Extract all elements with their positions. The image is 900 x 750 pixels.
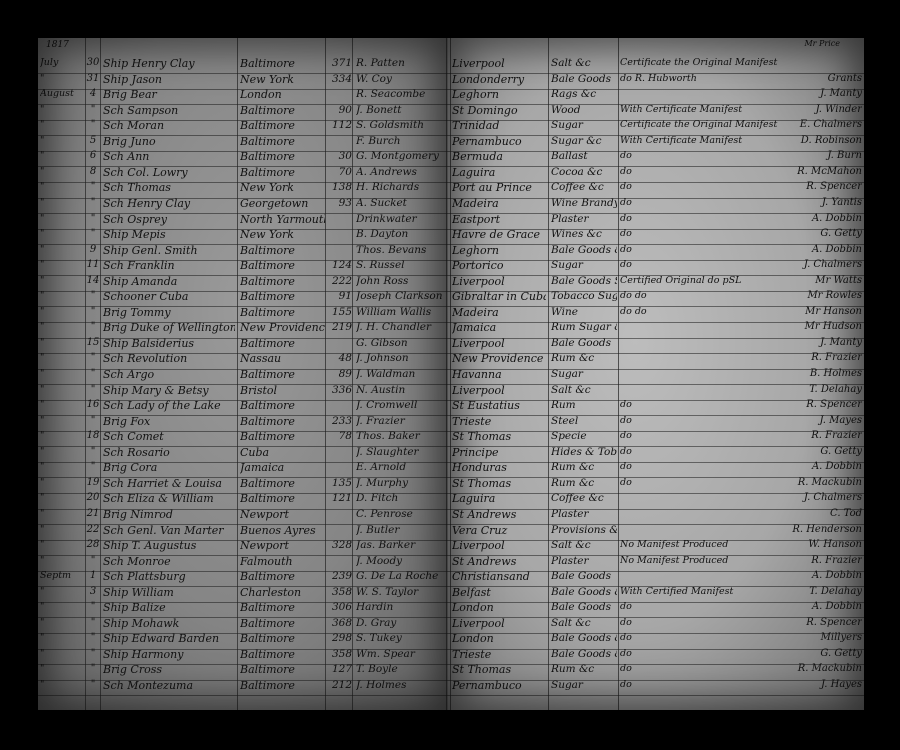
day-cell: 31 (86, 73, 100, 84)
cargo-cell: Rum (551, 399, 617, 411)
origin-port-cell: Madeira (452, 197, 546, 210)
month-cell: " (40, 368, 84, 379)
tonnage-cell: 90 (328, 104, 352, 116)
tonnage-cell: 93 (328, 197, 352, 209)
home-port-cell: Baltimore (240, 492, 325, 505)
origin-port-cell: Pernambuco (452, 135, 546, 148)
origin-port-cell: St Thomas (452, 477, 546, 490)
vessel-cell: Brig Duke of Wellington (103, 321, 235, 334)
month-cell: " (40, 632, 84, 643)
consignee-cell: G. Getty (778, 228, 862, 239)
remarks-cell: do (620, 399, 790, 410)
cargo-cell: Salt &c (551, 57, 617, 69)
cargo-cell: Sugar &c (551, 135, 617, 147)
home-port-cell: Buenos Ayres (240, 524, 325, 537)
tonnage-cell: 89 (328, 368, 352, 380)
tonnage-cell: 127 (328, 663, 352, 675)
day-cell: " (86, 446, 100, 457)
month-cell: " (40, 150, 84, 161)
cargo-cell: Provisions &c (551, 524, 617, 536)
vessel-cell: Ship Mary & Betsy (103, 384, 235, 397)
vessel-cell: Sch Harriet & Louisa (103, 477, 235, 490)
cargo-cell: Bale Goods &c (551, 586, 617, 598)
origin-port-cell: London (452, 601, 546, 614)
tonnage-cell: 121 (328, 492, 352, 504)
consignee-cell: R. McMahon (778, 166, 862, 177)
consignee-cell: G. Getty (778, 446, 862, 457)
tonnage-cell: 219 (328, 321, 352, 333)
home-port-cell: Jamaica (240, 461, 325, 474)
origin-port-cell: Havanna (452, 368, 546, 381)
remarks-cell: do do (620, 306, 790, 317)
home-port-cell: Baltimore (240, 679, 325, 692)
year-mark: 1817 (46, 40, 69, 50)
day-cell: 19 (86, 477, 100, 488)
home-port-cell: Baltimore (240, 119, 325, 132)
tonnage-cell: 306 (328, 601, 352, 613)
cargo-cell: Tobacco Sugar &c (551, 290, 617, 302)
consignee-cell: J. Chalmers (778, 492, 862, 503)
remarks-cell: Certified Original do pSL (620, 275, 790, 286)
home-port-cell: Nassau (240, 352, 325, 365)
vessel-cell: Sch Thomas (103, 181, 235, 194)
home-port-cell: Baltimore (240, 430, 325, 443)
origin-port-cell: New Providence (452, 352, 546, 365)
master-cell: H. Richards (356, 181, 446, 193)
day-cell: 20 (86, 492, 100, 503)
day-cell: 4 (86, 88, 100, 99)
vessel-cell: Sch Eliza & William (103, 492, 235, 505)
master-cell: S. Russel (356, 259, 446, 271)
remarks-cell: do (620, 648, 790, 659)
vessel-cell: Ship William (103, 586, 235, 599)
tonnage-cell: 336 (328, 384, 352, 396)
vessel-cell: Sch Ann (103, 150, 235, 163)
vessel-cell: Brig Juno (103, 135, 235, 148)
consignee-cell: C. Tod (778, 508, 862, 519)
consignee-cell: E. Chalmers (778, 119, 862, 130)
home-port-cell: Baltimore (240, 663, 325, 676)
day-cell: 8 (86, 166, 100, 177)
month-cell: " (40, 197, 84, 208)
consignee-cell: A. Dobbin (778, 213, 862, 224)
tonnage-cell: 328 (328, 539, 352, 551)
month-cell: " (40, 492, 84, 503)
vessel-cell: Sch Moran (103, 119, 235, 132)
master-cell: J. Bonett (356, 104, 446, 116)
master-cell: Drinkwater (356, 213, 446, 225)
tonnage-cell: 358 (328, 586, 352, 598)
remarks-cell: do do (620, 290, 790, 301)
month-cell: " (40, 352, 84, 363)
master-cell: Hardin (356, 601, 446, 613)
vessel-cell: Brig Bear (103, 88, 235, 101)
month-cell: " (40, 555, 84, 566)
consignee-cell: J. Winder (778, 104, 862, 115)
cargo-cell: Hides & Tobo (551, 446, 617, 458)
day-cell: 28 (86, 539, 100, 550)
home-port-cell: London (240, 88, 325, 101)
master-cell: F. Burch (356, 135, 446, 147)
master-cell: William Wallis (356, 306, 446, 318)
month-cell: " (40, 384, 84, 395)
home-port-cell: Baltimore (240, 135, 325, 148)
cargo-cell: Coffee &c (551, 492, 617, 504)
month-cell: " (40, 181, 84, 192)
tonnage-cell: 334 (328, 73, 352, 85)
day-cell: 15 (86, 337, 100, 348)
remarks-cell: do (620, 166, 790, 177)
cargo-cell: Salt &c (551, 617, 617, 629)
remarks-cell: do (620, 244, 790, 255)
month-cell: " (40, 648, 84, 659)
consignee-cell: J. Manty (778, 88, 862, 99)
master-cell: D. Gray (356, 617, 446, 629)
master-cell: S. Goldsmith (356, 119, 446, 131)
consignee-cell: G. Getty (778, 648, 862, 659)
consignee-cell: J. Hayes (778, 679, 862, 690)
home-port-cell: New York (240, 228, 325, 241)
remarks-cell: With Certified Manifest (620, 586, 790, 597)
home-port-cell: Baltimore (240, 337, 325, 350)
remarks-cell: do (620, 228, 790, 239)
cargo-cell: Sugar (551, 368, 617, 380)
cargo-cell: Sugar (551, 259, 617, 271)
remarks-cell: Certificate the Original Manifest (620, 57, 790, 68)
day-cell: " (86, 384, 100, 395)
cargo-cell: Salt &c (551, 539, 617, 551)
remarks-cell: do (620, 663, 790, 674)
origin-port-cell: Jamaica (452, 321, 546, 334)
master-cell: B. Dayton (356, 228, 446, 240)
day-cell: 14 (86, 275, 100, 286)
day-cell: " (86, 555, 100, 566)
consignee-cell: R. Frazier (778, 430, 862, 441)
cargo-cell: Bale Goods (551, 337, 617, 349)
cargo-cell: Specie (551, 430, 617, 442)
vessel-cell: Ship Balize (103, 601, 235, 614)
remarks-cell: do (620, 181, 790, 192)
origin-port-cell: Vera Cruz (452, 524, 546, 537)
origin-port-cell: London (452, 632, 546, 645)
master-cell: Jas. Barker (356, 539, 446, 551)
home-port-cell: Baltimore (240, 166, 325, 179)
home-port-cell: Baltimore (240, 259, 325, 272)
month-cell: " (40, 446, 84, 457)
master-cell: J. Holmes (356, 679, 446, 691)
month-cell: " (40, 228, 84, 239)
consignee-cell: J. Manty (778, 337, 862, 348)
consignee-cell: Mr Hanson (778, 306, 862, 317)
master-cell: Joseph Clarkson (356, 290, 446, 302)
vessel-cell: Ship Balsiderius (103, 337, 235, 350)
remarks-cell: Certificate the Original Manifest (620, 119, 790, 130)
origin-port-cell: Liverpool (452, 384, 546, 397)
day-cell: " (86, 119, 100, 130)
vessel-cell: Ship Mepis (103, 228, 235, 241)
tonnage-cell: 138 (328, 181, 352, 193)
month-cell: " (40, 461, 84, 472)
master-cell: Thos. Baker (356, 430, 446, 442)
cargo-cell: Bale Goods &c (551, 648, 617, 660)
day-cell: " (86, 228, 100, 239)
consignee-cell: J. Chalmers (778, 259, 862, 270)
month-cell: " (40, 321, 84, 332)
master-cell: J. Johnson (356, 352, 446, 364)
cargo-cell: Rum Sugar &c (551, 321, 617, 333)
master-cell: J. Waldman (356, 368, 446, 380)
ledger-left-page: 1817 July30Ship Henry ClayBaltimore371R.… (38, 38, 448, 710)
month-cell: " (40, 508, 84, 519)
day-cell: " (86, 306, 100, 317)
home-port-cell: Baltimore (240, 306, 325, 319)
month-cell: " (40, 430, 84, 441)
month-cell: Septm (40, 570, 84, 581)
day-cell: " (86, 601, 100, 612)
master-cell: E. Arnold (356, 461, 446, 473)
origin-port-cell: Leghorn (452, 88, 546, 101)
day-cell: " (86, 213, 100, 224)
day-cell: 9 (86, 244, 100, 255)
master-cell: J. Murphy (356, 477, 446, 489)
vessel-cell: Sch Henry Clay (103, 197, 235, 210)
vessel-cell: Sch Monroe (103, 555, 235, 568)
day-cell: " (86, 663, 100, 674)
cargo-cell: Wines &c (551, 228, 617, 240)
day-cell: " (86, 679, 100, 690)
tonnage-cell: 212 (328, 679, 352, 691)
origin-port-cell: Liverpool (452, 539, 546, 552)
vessel-cell: Sch Plattsburg (103, 570, 235, 583)
day-cell: 16 (86, 399, 100, 410)
vessel-cell: Sch Col. Lowry (103, 166, 235, 179)
vessel-cell: Brig Nimrod (103, 508, 235, 521)
origin-port-cell: Christiansand (452, 570, 546, 583)
tonnage-cell: 135 (328, 477, 352, 489)
month-cell: " (40, 275, 84, 286)
origin-port-cell: Portorico (452, 259, 546, 272)
day-cell: " (86, 352, 100, 363)
ledger-row: PernambucoSugardoJ. Hayes (448, 676, 864, 696)
vessel-cell: Brig Cora (103, 461, 235, 474)
day-cell: " (86, 197, 100, 208)
day-cell: 18 (86, 430, 100, 441)
remarks-cell: do (620, 197, 790, 208)
cargo-cell: Rags &c (551, 88, 617, 100)
cargo-cell: Plaster (551, 508, 617, 520)
tonnage-cell: 70 (328, 166, 352, 178)
home-port-cell: North Yarmouth (240, 213, 325, 226)
master-cell: J. Frazier (356, 415, 446, 427)
day-cell: " (86, 617, 100, 628)
cargo-cell: Bale Goods (551, 73, 617, 85)
consignee-cell: J. Burn (778, 150, 862, 161)
home-port-cell: Baltimore (240, 415, 325, 428)
cargo-cell: Coffee &c (551, 181, 617, 193)
month-cell: " (40, 586, 84, 597)
cargo-cell: Rum &c (551, 477, 617, 489)
home-port-cell: New York (240, 181, 325, 194)
origin-port-cell: Trieste (452, 648, 546, 661)
remarks-cell: do (620, 461, 790, 472)
home-port-cell: Baltimore (240, 632, 325, 645)
tonnage-cell: 222 (328, 275, 352, 287)
month-cell: " (40, 213, 84, 224)
origin-port-cell: Laguira (452, 166, 546, 179)
remarks-cell: No Manifest Produced (620, 539, 790, 550)
month-cell: " (40, 601, 84, 612)
home-port-cell: Baltimore (240, 150, 325, 163)
home-port-cell: Baltimore (240, 601, 325, 614)
consignee-cell: R. Spencer (778, 181, 862, 192)
consignee-cell: A. Dobbin (778, 244, 862, 255)
origin-port-cell: St Eustatius (452, 399, 546, 412)
month-cell: August (40, 88, 84, 99)
master-cell: J. H. Chandler (356, 321, 446, 333)
vessel-cell: Sch Argo (103, 368, 235, 381)
cargo-cell: Steel (551, 415, 617, 427)
origin-port-cell: Trieste (452, 415, 546, 428)
home-port-cell: Newport (240, 508, 325, 521)
cargo-cell: Rum &c (551, 461, 617, 473)
origin-port-cell: Liverpool (452, 57, 546, 70)
remarks-cell: do (620, 259, 790, 270)
origin-port-cell: Gibraltar in Cuba (452, 290, 546, 303)
cargo-cell: Salt &c (551, 384, 617, 396)
tonnage-cell: 91 (328, 290, 352, 302)
consignee-cell: R. Mackubin (778, 663, 862, 674)
home-port-cell: Baltimore (240, 368, 325, 381)
remarks-cell: do (620, 446, 790, 457)
day-cell: " (86, 290, 100, 301)
ledger-row: ""Sch MontezumaBaltimore212J. Holmes (38, 676, 448, 696)
consignee-cell: R. Henderson (778, 524, 862, 535)
day-cell: 6 (86, 150, 100, 161)
home-port-cell: Charleston (240, 586, 325, 599)
cargo-cell: Sugar (551, 119, 617, 131)
consignee-cell: Grants (778, 73, 862, 84)
home-port-cell: Baltimore (240, 477, 325, 490)
day-cell: 5 (86, 135, 100, 146)
tonnage-cell: 78 (328, 430, 352, 442)
tonnage-cell: 298 (328, 632, 352, 644)
month-cell: " (40, 679, 84, 690)
remarks-cell: do (620, 679, 790, 690)
tonnage-cell: 358 (328, 648, 352, 660)
master-cell: G. Montgomery (356, 150, 446, 162)
consignee-cell: T. Delahay (778, 384, 862, 395)
tonnage-cell: 48 (328, 352, 352, 364)
vessel-cell: Schooner Cuba (103, 290, 235, 303)
consignee-cell: Mr Watts (778, 275, 862, 286)
consignee-cell: D. Robinson (778, 135, 862, 146)
master-cell: J. Moody (356, 555, 446, 567)
cargo-cell: Bale Goods &c (551, 244, 617, 256)
cargo-cell: Wood (551, 104, 617, 116)
home-port-cell: New Providence (240, 321, 325, 334)
cargo-cell: Rum &c (551, 663, 617, 675)
consignee-cell: R. Frazier (778, 555, 862, 566)
origin-port-cell: Havre de Grace (452, 228, 546, 241)
home-port-cell: New York (240, 73, 325, 86)
day-cell: 21 (86, 508, 100, 519)
master-cell: John Ross (356, 275, 446, 287)
master-cell: A. Andrews (356, 166, 446, 178)
vessel-cell: Sch Genl. Van Marter (103, 524, 235, 537)
month-cell: " (40, 539, 84, 550)
day-cell: " (86, 648, 100, 659)
month-cell: " (40, 104, 84, 115)
master-cell: G. De La Roche (356, 570, 446, 582)
origin-port-cell: St Andrews (452, 555, 546, 568)
origin-port-cell: St Thomas (452, 663, 546, 676)
vessel-cell: Ship T. Augustus (103, 539, 235, 552)
cargo-cell: Rum &c (551, 352, 617, 364)
origin-port-cell: Trinidad (452, 119, 546, 132)
cargo-cell: Bale Goods &c (551, 632, 617, 644)
origin-port-cell: Belfast (452, 586, 546, 599)
vessel-cell: Ship Edward Barden (103, 632, 235, 645)
origin-port-cell: Liverpool (452, 617, 546, 630)
master-cell: J. Cromwell (356, 399, 446, 411)
master-cell: Wm. Spear (356, 648, 446, 660)
consignee-cell: J. Mayes (778, 415, 862, 426)
day-cell: 22 (86, 524, 100, 535)
remarks-cell: No Manifest Produced (620, 555, 790, 566)
tonnage-cell: 239 (328, 570, 352, 582)
origin-port-cell: Leghorn (452, 244, 546, 257)
day-cell: 11 (86, 259, 100, 270)
cargo-cell: Sugar (551, 679, 617, 691)
vessel-cell: Brig Cross (103, 663, 235, 676)
consignee-cell: A. Dobbin (778, 570, 862, 581)
origin-port-cell: St Domingo (452, 104, 546, 117)
day-cell: " (86, 104, 100, 115)
vessel-cell: Sch Osprey (103, 213, 235, 226)
tonnage-cell: 371 (328, 57, 352, 69)
origin-port-cell: Port au Prince (452, 181, 546, 194)
consignee-cell: J. Yantis (778, 197, 862, 208)
vessel-cell: Ship Genl. Smith (103, 244, 235, 257)
remarks-cell: do (620, 430, 790, 441)
vessel-cell: Sch Sampson (103, 104, 235, 117)
month-cell: " (40, 119, 84, 130)
master-cell: R. Patten (356, 57, 446, 69)
origin-port-cell: Pernambuco (452, 679, 546, 692)
month-cell: " (40, 477, 84, 488)
tonnage-cell: 124 (328, 259, 352, 271)
day-cell: " (86, 415, 100, 426)
month-cell: " (40, 617, 84, 628)
origin-port-cell: Principe (452, 446, 546, 459)
vessel-cell: Ship Mohawk (103, 617, 235, 630)
origin-port-cell: Liverpool (452, 337, 546, 350)
origin-port-cell: Liverpool (452, 275, 546, 288)
vessel-cell: Ship Jason (103, 73, 235, 86)
cargo-cell: Bale Goods (551, 570, 617, 582)
vessel-cell: Ship Amanda (103, 275, 235, 288)
day-cell: " (86, 321, 100, 332)
consignee-cell: A. Dobbin (778, 601, 862, 612)
month-cell: " (40, 399, 84, 410)
home-port-cell: Bristol (240, 384, 325, 397)
tonnage-cell: 155 (328, 306, 352, 318)
consignee-cell: R. Spencer (778, 617, 862, 628)
consignee-cell: R. Spencer (778, 399, 862, 410)
master-cell: W. S. Taylor (356, 586, 446, 598)
remarks-cell: do R. Hubworth (620, 73, 790, 84)
master-cell: J. Slaughter (356, 446, 446, 458)
